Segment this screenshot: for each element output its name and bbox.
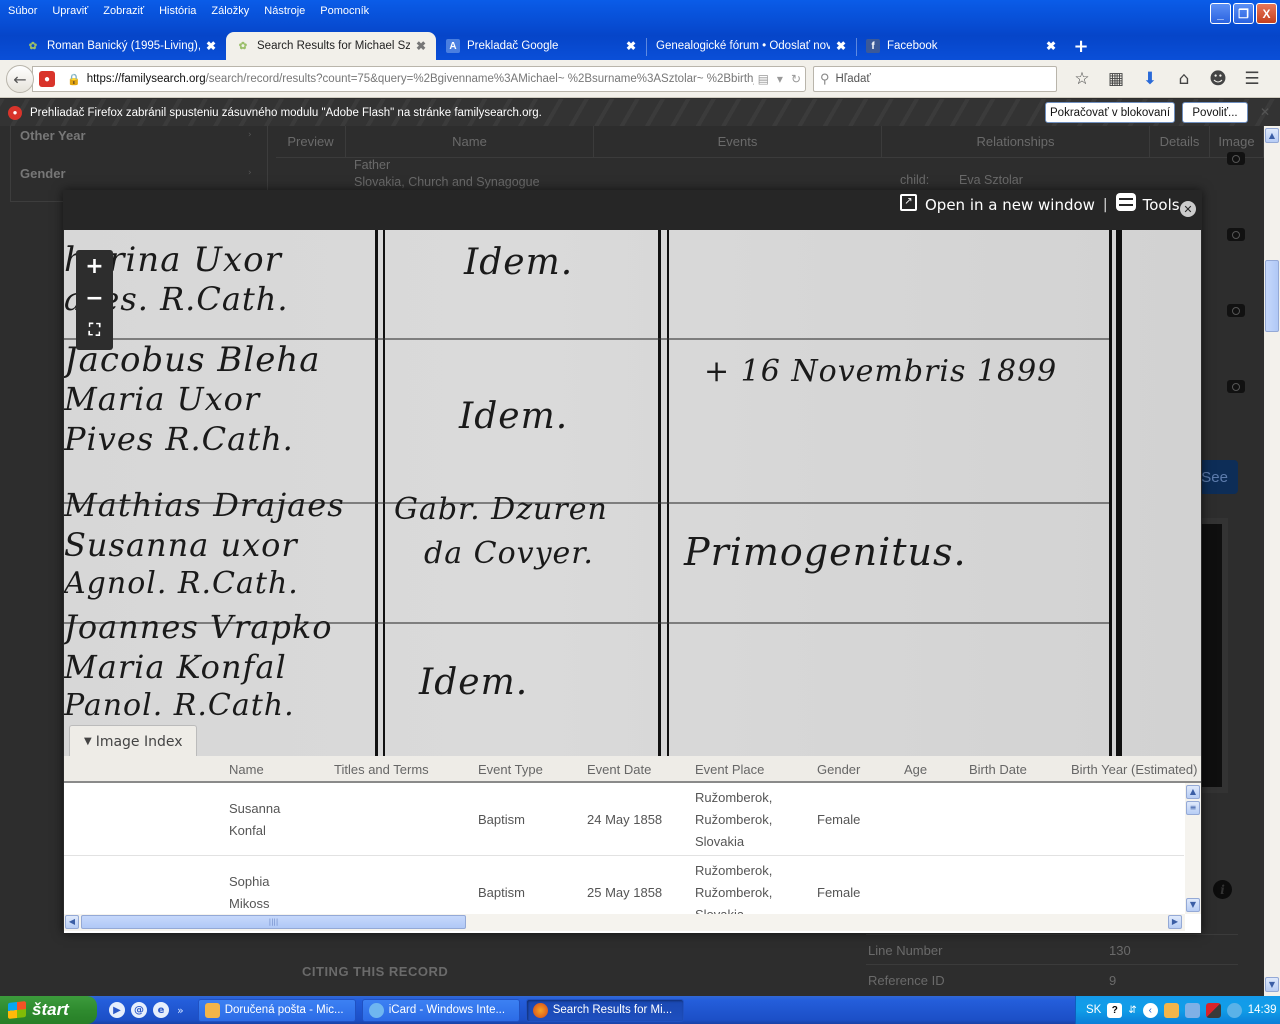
camera-icon[interactable] <box>1227 304 1245 317</box>
detail-value: 9 <box>1109 973 1116 988</box>
start-label: štart <box>32 1000 69 1020</box>
chevron-right-icon: › <box>248 130 252 140</box>
google-translate-icon: A <box>446 39 460 53</box>
script-text: da Covyer. <box>424 536 594 571</box>
camera-icon[interactable] <box>1227 152 1245 165</box>
reload-icon[interactable]: ↻ <box>791 72 801 86</box>
window-titlebar: Súbor Upraviť Zobraziť História Záložky … <box>0 0 1280 60</box>
tab-roman-banicky[interactable]: ✿ Roman Banický (1995-Living),... ✖ <box>16 32 226 60</box>
system-tray: SK ? ⇵ ‹ 14:39 <box>1075 996 1280 1024</box>
tab-close-icon[interactable]: ✖ <box>836 39 846 53</box>
close-window-button[interactable]: X <box>1256 3 1277 24</box>
tools-label: Tools <box>1143 196 1180 214</box>
firefox-icon <box>533 1003 548 1018</box>
url-text[interactable]: https://familysearch.org/search/record/r… <box>87 73 754 85</box>
menu-upravit[interactable]: Upraviť <box>52 5 88 17</box>
info-icon[interactable]: i <box>1213 880 1232 899</box>
continue-blocking-button[interactable]: Pokračovať v blokovaní <box>1045 102 1175 123</box>
col-header-age[interactable]: Age <box>904 762 927 777</box>
camera-icon[interactable] <box>1227 380 1245 393</box>
image-index-panel: Name Titles and Terms Event Type Event D… <box>64 756 1201 933</box>
zoom-in-button[interactable]: + <box>76 250 113 282</box>
cell-event-date: 24 May 1858 <box>587 809 662 831</box>
col-events: Events <box>594 126 882 158</box>
scroll-down-icon[interactable]: ▼ <box>1186 898 1200 912</box>
tab-close-icon[interactable]: ✖ <box>416 39 426 53</box>
tab-strip: ✿ Roman Banický (1995-Living),... ✖ ✿ Se… <box>0 30 1096 60</box>
scrollbar-thumb[interactable] <box>1265 260 1279 332</box>
viewer-header: ↗ Open in a new window | Tools ✕ <box>63 190 1202 230</box>
script-text: Maria Konfal <box>64 648 287 686</box>
internet-explorer-icon <box>369 1003 384 1018</box>
index-vertical-scrollbar[interactable]: ▲ ≡ ▼ <box>1185 783 1201 914</box>
cell-event-type: Baptism <box>478 809 525 831</box>
script-text: Susanna uxor <box>64 526 298 564</box>
cell-event-type: Baptism <box>478 882 525 904</box>
col-header-event-place[interactable]: Event Place <box>695 762 764 777</box>
cell-place-line2: Ružomberok, <box>695 882 772 904</box>
internet-explorer-icon[interactable]: e <box>153 1002 169 1018</box>
cell-given-name: Susanna <box>229 798 280 820</box>
cell-given-name: Sophia <box>229 871 269 893</box>
script-text: Agnol. R.Cath. <box>64 566 299 601</box>
help-icon[interactable]: ? <box>1107 1003 1122 1018</box>
start-button[interactable]: štart <box>0 996 97 1024</box>
script-text: Gabr. Dzuren <box>394 492 608 527</box>
scroll-left-icon[interactable]: ◀ <box>65 915 79 929</box>
result-role: Father <box>354 158 390 172</box>
menu-historia[interactable]: História <box>159 5 196 17</box>
zoom-out-button[interactable]: − <box>76 282 113 314</box>
url-bar[interactable]: ● 🔒 https://familysearch.org/search/reco… <box>32 66 806 92</box>
connection-icon[interactable] <box>1227 1003 1242 1018</box>
relationship-label: child: <box>900 173 929 187</box>
tab-label: Prekladač Google <box>467 40 620 52</box>
tab-close-icon[interactable]: ✖ <box>1046 39 1056 53</box>
show-hidden-icons-icon[interactable]: ‹ <box>1143 1003 1158 1018</box>
cell-place-line1: Ružomberok, <box>695 787 772 809</box>
back-button[interactable]: ← <box>6 65 34 93</box>
tab-label: Facebook <box>887 40 1040 52</box>
script-text: + 16 Novembris 1899 <box>704 354 1057 389</box>
search-input[interactable]: ⚲ Hľadať <box>813 66 1057 92</box>
scroll-right-icon[interactable]: ▶ <box>1168 915 1182 929</box>
lock-icon[interactable]: 🔒 <box>67 73 81 86</box>
search-icon: ⚲ <box>820 71 830 87</box>
url-path: /search/record/results?count=75&query=%2… <box>206 73 754 85</box>
col-details: Details <box>1150 126 1210 158</box>
restore-langbar-icon[interactable]: ⇵ <box>1128 1005 1136 1016</box>
col-header-event-type[interactable]: Event Type <box>478 762 543 777</box>
network-icon[interactable] <box>1185 1003 1200 1018</box>
facebook-icon: f <box>866 39 880 53</box>
scrollbar-thumb[interactable]: ≡ <box>1186 801 1200 815</box>
tab-facebook[interactable]: f Facebook ✖ <box>856 32 1066 60</box>
notification-message: Prehliadač Firefox zabránil spusteniu zá… <box>30 107 542 119</box>
cell-place-line3: Slovakia <box>695 904 744 914</box>
scroll-down-icon[interactable]: ▼ <box>1265 977 1279 992</box>
new-tab-button[interactable]: + <box>1066 32 1096 60</box>
quicklaunch-more-icon[interactable]: » <box>177 1004 184 1017</box>
allow-plugin-button[interactable]: Povoliť... <box>1182 102 1248 123</box>
familysearch-tree-icon: ✿ <box>236 39 250 53</box>
script-text: Mathias Drajaes <box>64 486 345 524</box>
taskbar-item-label: Search Results for Mi... <box>553 1004 673 1016</box>
detail-value: 130 <box>1109 943 1131 958</box>
quick-launch: ▶ @ e » <box>109 1002 184 1018</box>
bookmark-star-icon[interactable]: ☆ <box>1065 69 1099 89</box>
detail-key: Line Number <box>868 943 942 958</box>
search-placeholder: Hľadať <box>836 73 871 85</box>
plugin-warning-icon: ● <box>8 106 22 120</box>
filter-gender[interactable]: Gender <box>20 166 66 181</box>
script-text: Pives R.Cath. <box>64 420 294 458</box>
scrollbar-thumb[interactable]: |||| <box>81 915 466 929</box>
col-relationships: Relationships <box>882 126 1150 158</box>
taskbar-item-outlook[interactable]: Doručená pošta - Mic... <box>198 999 356 1022</box>
tab-close-icon[interactable]: ✖ <box>206 39 216 53</box>
reader-view-icon[interactable]: ▤ <box>758 72 769 86</box>
language-indicator[interactable]: SK <box>1086 1004 1101 1016</box>
col-name: Name <box>346 126 594 158</box>
separator: | <box>1103 197 1108 213</box>
taskbar-item-label: Doručená pošta - Mic... <box>225 1004 344 1016</box>
open-new-window-link[interactable]: Open in a new window <box>925 196 1095 214</box>
camera-icon[interactable] <box>1227 228 1245 241</box>
windows-logo-icon <box>8 1001 26 1019</box>
script-text: Idem. <box>419 662 528 703</box>
outlook-icon <box>205 1003 220 1018</box>
tab-genealogicke-forum[interactable]: Genealogické fórum • Odoslať nov... ✖ <box>646 32 856 60</box>
filter-other-year[interactable]: Other Year <box>20 128 86 143</box>
menu-pomocnik[interactable]: Pomocník <box>320 5 369 17</box>
back-arrow-icon: ← <box>13 70 26 89</box>
cell-event-date: 25 May 1858 <box>587 882 662 904</box>
tab-close-icon[interactable]: ✖ <box>626 39 636 53</box>
script-text: Idem. <box>459 396 568 437</box>
result-collection[interactable]: Slovakia, Church and Synagogue <box>354 175 540 189</box>
cell-surname: Mikoss <box>229 893 269 914</box>
window-controls: _ ❐ X <box>1210 3 1277 24</box>
reading-list-icon[interactable]: ▦ <box>1099 69 1133 89</box>
detail-row-line-number: Line Number 130 <box>866 934 1238 964</box>
menu-zobrazit[interactable]: Zobraziť <box>103 5 144 17</box>
caret-down-icon: ▼ <box>84 736 92 747</box>
cell-gender: Female <box>817 809 860 831</box>
script-text: Panol. R.Cath. <box>64 688 295 723</box>
tab-label: Genealogické fórum • Odoslať nov... <box>656 40 830 52</box>
dropdown-arrow-icon[interactable]: ▾ <box>777 72 783 86</box>
clock[interactable]: 14:39 <box>1248 1004 1277 1016</box>
chevron-right-icon: › <box>248 168 252 178</box>
menu-zalozky[interactable]: Záložky <box>211 5 249 17</box>
detail-row-reference-id: Reference ID 9 <box>866 964 1238 994</box>
cell-place-line1: Ružomberok, <box>695 860 772 882</box>
sliders-icon <box>1116 193 1136 211</box>
minimize-button[interactable]: _ <box>1210 3 1231 24</box>
downloads-icon[interactable]: ⬇ <box>1133 69 1167 89</box>
menu-bar: Súbor Upraviť Zobraziť História Záložky … <box>0 0 384 22</box>
tab-search-results[interactable]: ✿ Search Results for Michael Sz... ✖ <box>226 32 436 60</box>
viewer-actions: ↗ Open in a new window | Tools <box>900 196 1180 214</box>
antivirus-icon[interactable] <box>1206 1003 1221 1018</box>
zoom-controls: + − ⛶ <box>76 250 113 350</box>
record-image[interactable]: harina Uxor ares. R.Cath. Jacobus Bleha … <box>64 230 1201 756</box>
index-table-header: Name Titles and Terms Event Type Event D… <box>64 756 1201 783</box>
script-text: Maria Uxor <box>64 380 260 418</box>
image-viewer-modal: ↗ Open in a new window | Tools ✕ harina … <box>63 190 1202 933</box>
tab-google-translate[interactable]: A Prekladač Google ✖ <box>436 32 646 60</box>
taskbar-item-label: iCard - Windows Inte... <box>389 1004 505 1016</box>
table-row[interactable]: Sophia Mikoss Baptism 25 May 1858 Ružomb… <box>64 856 1184 914</box>
tab-label: Roman Banický (1995-Living),... <box>47 40 200 52</box>
familysearch-tree-icon: ✿ <box>26 39 40 53</box>
hamburger-menu-icon[interactable]: ☰ <box>1235 69 1269 89</box>
outlook-tray-icon[interactable] <box>1164 1003 1179 1018</box>
navigation-toolbar: ● 🔒 https://familysearch.org/search/reco… <box>0 60 1280 98</box>
plugin-blocked-icon[interactable]: ● <box>39 71 55 87</box>
restore-button[interactable]: ❐ <box>1233 3 1254 24</box>
image-index-toggle[interactable]: ▼ Image Index <box>69 725 197 757</box>
col-header-gender[interactable]: Gender <box>817 762 860 777</box>
relationship-value[interactable]: Eva Sztolar <box>959 173 1023 187</box>
scroll-up-icon[interactable]: ▲ <box>1186 785 1200 799</box>
close-viewer-icon[interactable]: ✕ <box>1180 201 1196 217</box>
scroll-up-icon[interactable]: ▲ <box>1265 128 1279 143</box>
chat-icon[interactable]: ☻ <box>1201 69 1235 89</box>
image-index-label: Image Index <box>96 734 183 750</box>
windows-taskbar: štart ▶ @ e » Doručená pošta - Mic... iC… <box>0 996 1280 1024</box>
col-header-birth-year[interactable]: Birth Year (Estimated) <box>1071 762 1197 777</box>
col-header-event-date[interactable]: Event Date <box>587 762 651 777</box>
detail-key: Reference ID <box>868 973 945 988</box>
cell-place-line3: Slovakia <box>695 831 744 853</box>
col-header-birth-date[interactable]: Birth Date <box>969 762 1027 777</box>
cell-surname: Konfal <box>229 820 266 842</box>
menu-nastroje[interactable]: Nástroje <box>264 5 305 17</box>
outlook-express-icon[interactable]: @ <box>131 1002 147 1018</box>
page-scrollbar[interactable]: ▲ ▼ <box>1264 126 1280 996</box>
taskbar-item-icard[interactable]: iCard - Windows Inte... <box>362 999 520 1022</box>
col-preview: Preview <box>276 126 346 158</box>
script-text: Joannes Vrapko <box>64 608 333 646</box>
plugin-blocked-notification: ● Prehliadač Firefox zabránil spusteniu … <box>0 99 1280 126</box>
tools-button[interactable]: Tools <box>1116 196 1180 214</box>
open-external-icon: ↗ <box>900 194 917 211</box>
media-player-icon[interactable]: ▶ <box>109 1002 125 1018</box>
index-table-body: Susanna Konfal Baptism 24 May 1858 Ružom… <box>64 783 1184 914</box>
taskbar-item-firefox[interactable]: Search Results for Mi... <box>526 999 684 1022</box>
col-header-name[interactable]: Name <box>229 762 264 777</box>
cell-place-line2: Ružomberok, <box>695 809 772 831</box>
script-text: Idem. <box>464 242 573 283</box>
index-horizontal-scrollbar[interactable]: ◀ |||| ▶ <box>64 914 1185 931</box>
url-host: https://familysearch.org <box>87 73 206 85</box>
fullscreen-button[interactable]: ⛶ <box>76 314 113 346</box>
menu-subor[interactable]: Súbor <box>8 5 37 17</box>
citing-heading: CITING THIS RECORD <box>302 964 448 979</box>
tab-label: Search Results for Michael Sz... <box>257 40 410 52</box>
table-row[interactable]: Susanna Konfal Baptism 24 May 1858 Ružom… <box>64 783 1184 856</box>
cell-gender: Female <box>817 882 860 904</box>
col-header-titles[interactable]: Titles and Terms <box>334 762 429 777</box>
script-text: Primogenitus. <box>684 530 967 574</box>
toolbar-icons: ☆ ▦ ⬇ ⌂ ☻ ☰ <box>1065 66 1269 92</box>
home-icon[interactable]: ⌂ <box>1167 69 1201 89</box>
close-notification-icon[interactable]: ✕ <box>1260 105 1270 119</box>
